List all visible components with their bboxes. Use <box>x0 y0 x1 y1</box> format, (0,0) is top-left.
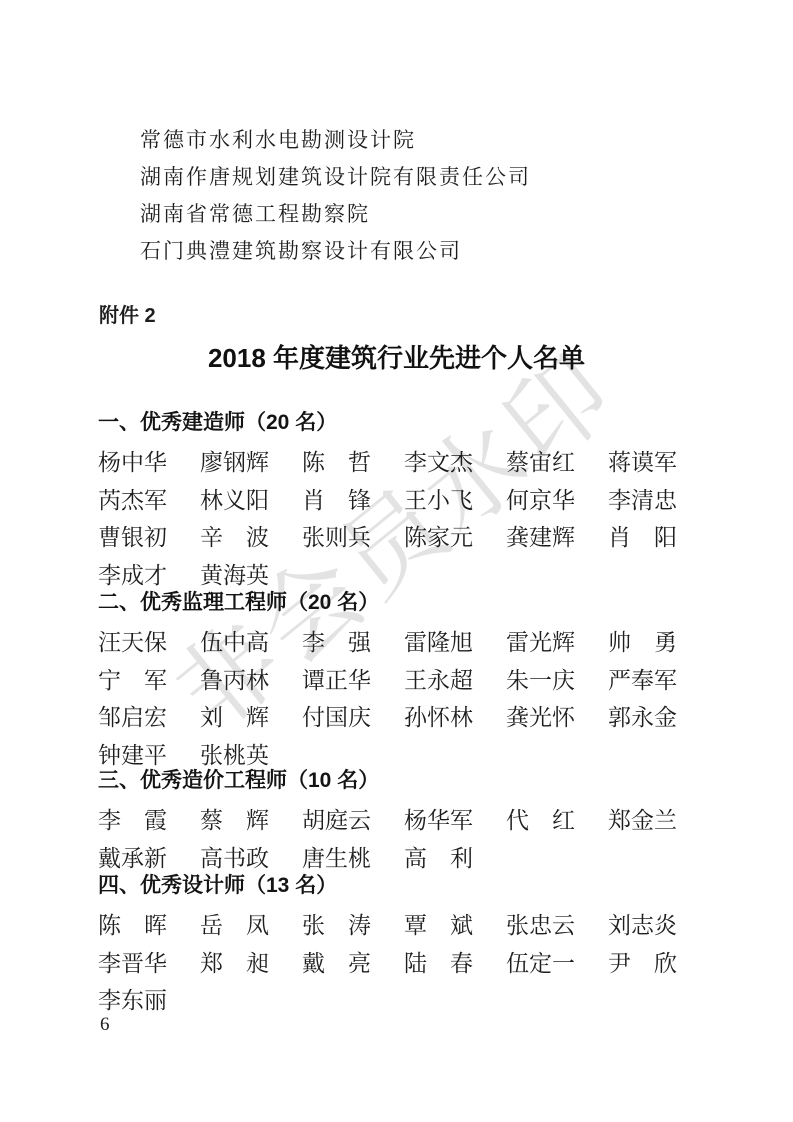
name-row: 邹启宏 刘 辉 付国庆 孙怀林 龚光怀 郭永金 <box>98 697 710 735</box>
person-name: 高书政 <box>200 840 302 873</box>
person-name: 辛 波 <box>200 519 302 552</box>
person-name: 戴 亮 <box>302 945 404 978</box>
person-name: 唐生桃 <box>302 840 404 873</box>
person-name: 龚建辉 <box>506 519 608 552</box>
person-name: 陈 哲 <box>302 444 404 477</box>
person-name: 王永超 <box>404 662 506 695</box>
person-name: 郑金兰 <box>608 802 710 835</box>
company-name: 湖南作唐规划建筑设计院有限责任公司 <box>140 159 531 196</box>
person-name: 尹 欣 <box>608 945 710 978</box>
person-name: 邹启宏 <box>98 699 200 732</box>
person-name: 曹银初 <box>98 519 200 552</box>
person-name: 廖钢辉 <box>200 444 302 477</box>
section-heading: 三、优秀造价工程师（10 名） <box>98 766 710 796</box>
name-row: 李成才 黄海英 <box>98 555 710 593</box>
section-heading: 一、优秀建造师（20 名） <box>98 408 710 438</box>
person-name: 张桃英 <box>200 737 302 770</box>
person-name: 付国庆 <box>302 699 404 732</box>
person-name: 高 利 <box>404 840 506 873</box>
person-name: 李清忠 <box>608 482 710 515</box>
person-name: 李东丽 <box>98 982 200 1015</box>
person-name: 李晋华 <box>98 945 200 978</box>
section-excellent-supervision-engineers: 二、优秀监理工程师（20 名） 汪天保 伍中高 李 强 雷隆旭 雷光辉 帅 勇 … <box>98 588 710 772</box>
person-name: 谭正华 <box>302 662 404 695</box>
person-name: 朱一庆 <box>506 662 608 695</box>
person-name: 李 强 <box>302 624 404 657</box>
person-name: 肖 锋 <box>302 482 404 515</box>
person-name: 陈家元 <box>404 519 506 552</box>
section-excellent-constructors: 一、优秀建造师（20 名） 杨中华 廖钢辉 陈 哲 李文杰 蔡宙红 蒋谟军 芮杰… <box>98 408 710 592</box>
name-row: 曹银初 辛 波 张则兵 陈家元 龚建辉 肖 阳 <box>98 517 710 555</box>
document-title: 2018 年度建筑行业先进个人名单 <box>0 338 793 375</box>
person-name: 何京华 <box>506 482 608 515</box>
document-page: 非会员水印 常德市水利水电勘测设计院 湖南作唐规划建筑设计院有限责任公司 湖南省… <box>0 0 793 1122</box>
company-name: 湖南省常德工程勘察院 <box>140 196 531 233</box>
person-name: 杨中华 <box>98 444 200 477</box>
person-name: 陈 晖 <box>98 907 200 940</box>
person-name: 戴承新 <box>98 840 200 873</box>
page-number: 6 <box>100 1014 110 1036</box>
person-name: 郭永金 <box>608 699 710 732</box>
attachment-label: 附件 2 <box>99 299 156 328</box>
person-name: 陆 春 <box>404 945 506 978</box>
person-name: 鲁丙林 <box>200 662 302 695</box>
person-name: 岳 凤 <box>200 907 302 940</box>
company-list: 常德市水利水电勘测设计院 湖南作唐规划建筑设计院有限责任公司 湖南省常德工程勘察… <box>140 122 531 270</box>
person-name: 胡庭云 <box>302 802 404 835</box>
person-name: 帅 勇 <box>608 624 710 657</box>
person-name: 刘 辉 <box>200 699 302 732</box>
section-excellent-designers: 四、优秀设计师（13 名） 陈 晖 岳 凤 张 涛 覃 斌 张忠云 刘志炎 李晋… <box>98 871 710 1018</box>
name-row: 杨中华 廖钢辉 陈 哲 李文杰 蔡宙红 蒋谟军 <box>98 442 710 480</box>
person-name: 蔡宙红 <box>506 444 608 477</box>
person-name: 汪天保 <box>98 624 200 657</box>
person-name: 龚光怀 <box>506 699 608 732</box>
person-name: 杨华军 <box>404 802 506 835</box>
person-name: 伍中高 <box>200 624 302 657</box>
company-name: 石门典澧建筑勘察设计有限公司 <box>140 233 531 270</box>
section-heading: 四、优秀设计师（13 名） <box>98 871 710 901</box>
name-row: 戴承新 高书政 唐生桃 高 利 <box>98 838 710 876</box>
name-row: 李 霞 蔡 辉 胡庭云 杨华军 代 红 郑金兰 <box>98 800 710 838</box>
name-row: 汪天保 伍中高 李 强 雷隆旭 雷光辉 帅 勇 <box>98 622 710 660</box>
person-name: 严奉军 <box>608 662 710 695</box>
person-name: 覃 斌 <box>404 907 506 940</box>
person-name: 王小飞 <box>404 482 506 515</box>
person-name: 刘志炎 <box>608 907 710 940</box>
name-row: 李晋华 郑 昶 戴 亮 陆 春 伍定一 尹 欣 <box>98 943 710 981</box>
person-name: 郑 昶 <box>200 945 302 978</box>
person-name: 钟建平 <box>98 737 200 770</box>
person-name: 张则兵 <box>302 519 404 552</box>
person-name: 张忠云 <box>506 907 608 940</box>
person-name: 雷光辉 <box>506 624 608 657</box>
name-row: 陈 晖 岳 凤 张 涛 覃 斌 张忠云 刘志炎 <box>98 905 710 943</box>
company-name: 常德市水利水电勘测设计院 <box>140 122 531 159</box>
person-name: 林义阳 <box>200 482 302 515</box>
person-name: 蒋谟军 <box>608 444 710 477</box>
person-name: 李文杰 <box>404 444 506 477</box>
person-name: 伍定一 <box>506 945 608 978</box>
name-row: 芮杰军 林义阳 肖 锋 王小飞 何京华 李清忠 <box>98 480 710 518</box>
name-row: 宁 军 鲁丙林 谭正华 王永超 朱一庆 严奉军 <box>98 660 710 698</box>
person-name: 孙怀林 <box>404 699 506 732</box>
person-name: 芮杰军 <box>98 482 200 515</box>
section-excellent-cost-engineers: 三、优秀造价工程师（10 名） 李 霞 蔡 辉 胡庭云 杨华军 代 红 郑金兰 … <box>98 766 710 875</box>
person-name: 代 红 <box>506 802 608 835</box>
person-name: 蔡 辉 <box>200 802 302 835</box>
person-name: 黄海英 <box>200 557 302 590</box>
section-heading: 二、优秀监理工程师（20 名） <box>98 588 710 618</box>
person-name: 宁 军 <box>98 662 200 695</box>
person-name: 雷隆旭 <box>404 624 506 657</box>
name-row: 李东丽 <box>98 980 710 1018</box>
person-name: 李 霞 <box>98 802 200 835</box>
person-name: 李成才 <box>98 557 200 590</box>
person-name: 肖 阳 <box>608 519 710 552</box>
person-name: 张 涛 <box>302 907 404 940</box>
